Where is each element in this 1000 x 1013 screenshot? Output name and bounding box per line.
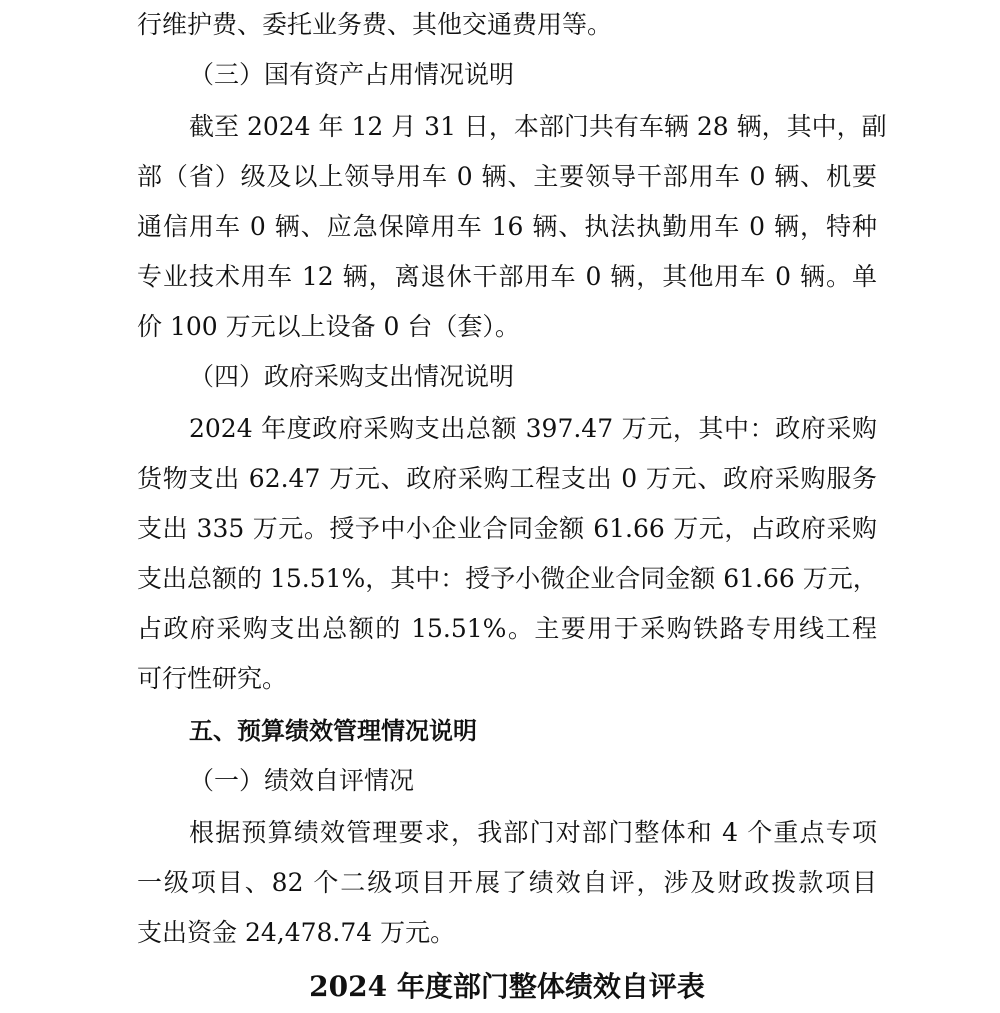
paragraph-line: 2024 年度政府采购支出总额 397.47 万元，其中：政府采购 <box>189 414 877 444</box>
paragraph-line: 货物支出 62.47 万元、政府采购工程支出 0 万元、政府采购服务 <box>137 464 877 494</box>
section-heading-performance: 五、预算绩效管理情况说明 <box>189 716 877 746</box>
paragraph-line: 支出资金 24,478.74 万元。 <box>137 918 877 948</box>
paragraph-line: 支出总额的 15.51%，其中：授予小微企业合同金额 61.66 万元， <box>137 564 877 594</box>
paragraph-line: 占政府采购支出总额的 15.51%。主要用于采购铁路专用线工程 <box>137 614 877 644</box>
paragraph-line: 可行性研究。 <box>137 664 877 694</box>
paragraph-line: 根据预算绩效管理要求，我部门对部门整体和 4 个重点专项 <box>189 818 877 848</box>
paragraph-line: 价 100 万元以上设备 0 台（套）。 <box>137 312 877 342</box>
paragraph-line: 通信用车 0 辆、应急保障用车 16 辆、执法执勤用车 0 辆，特种 <box>137 212 877 242</box>
paragraph-line: 部（省）级及以上领导用车 0 辆、主要领导干部用车 0 辆、机要 <box>137 162 877 192</box>
paragraph-line: 一级项目、82 个二级项目开展了绩效自评，涉及财政拨款项目 <box>137 868 877 898</box>
paragraph-line: 行维护费、委托业务费、其他交通费用等。 <box>137 10 877 40</box>
section-subheading-assets: （三）国有资产占用情况说明 <box>189 60 877 90</box>
section-subheading-procurement: （四）政府采购支出情况说明 <box>189 362 877 392</box>
paragraph-line: 支出 335 万元。授予中小企业合同金额 61.66 万元，占政府采购 <box>137 514 877 544</box>
section-subheading-self-evaluation: （一）绩效自评情况 <box>189 766 877 796</box>
table-title: 2024 年度部门整体绩效自评表 <box>137 970 877 1004</box>
paragraph-line: 截至 2024 年 12 月 31 日，本部门共有车辆 28 辆，其中，副 <box>189 112 877 142</box>
paragraph-line: 专业技术用车 12 辆，离退休干部用车 0 辆，其他用车 0 辆。单 <box>137 262 877 292</box>
